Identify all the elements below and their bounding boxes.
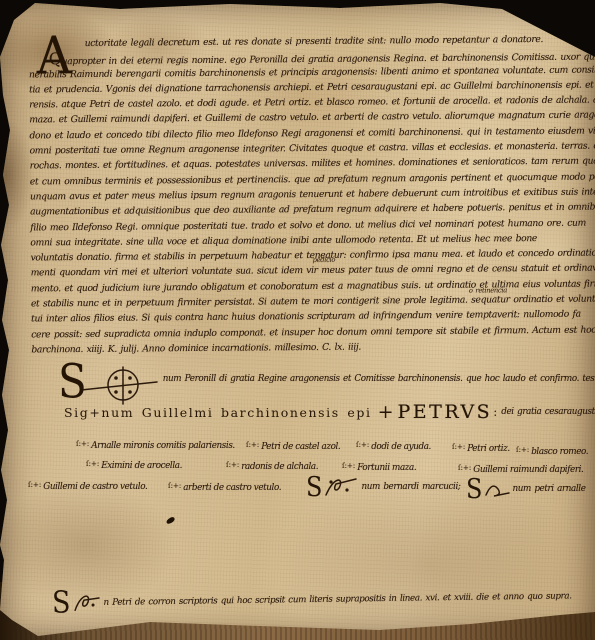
notary-signum-icon [72,591,100,615]
sig-cross-mark: ſ:+: [226,461,239,469]
witness-signum: ſ:+:Petri ortiz. [452,443,510,454]
sig-cross-mark: ſ:+: [76,440,89,448]
charter-body-text: A uctoritate legali decretum est. ut res… [29,32,589,358]
signum-initial-s: S [306,476,322,498]
witness-signum: ſ:+:Guillemi de castro vetulo. [28,481,147,492]
ink-blot [165,516,175,525]
sig-cross-mark: ſ:+: [516,446,529,454]
witness-name: dodi de ayuda. [371,442,431,452]
sig-cross-mark: ſ:+: [458,464,471,472]
witness-signum: ſ:+:blasco romeo. [516,446,588,457]
witness-signum: ſ:+:radonis de alchala. [226,461,318,472]
manuscript-photo: A uctoritate legali decretum est. ut res… [0,0,595,640]
drop-cap-initial: A [37,28,84,89]
witness-name: blasco romeo. [531,447,588,457]
witness-name: Arnalle mironis comitis palariensis. [91,441,235,451]
witness-name: Petri ortiz. [467,444,510,454]
signature-bishops: Sig+num Guillelmi barchinonensis epi + P… [64,400,595,424]
witness-signum: ſ:+:Arnalle mironis comitis palariensis. [76,440,235,451]
witness-signum: ſ:+:arberti de castro vetulo. [168,482,281,493]
witness-name: Guillemi raimundi dapiferi. [473,465,583,475]
witness-signum: ſ:+:Fortunii maza. [342,462,416,473]
witness-name: Fortunii maza. [357,463,416,473]
parchment: A uctoritate legali decretum est. ut res… [0,0,595,640]
marcucii-signum-icon [324,474,358,500]
signature-petri-arnalle: S num petri arnalle [466,479,586,499]
cross-icon: + [378,404,394,420]
arnalle-signum-icon [484,479,510,499]
witness-signum: ſ:+:dodi de ayuda. [356,441,431,452]
sig-cross-mark: ſ:+: [86,460,99,468]
bishop-barcelona-signum-text: Sig+num Guillelmi barchinonensis epi [64,405,372,420]
monogram-colon: : [493,405,497,419]
notary-signum-text: n Petri de corron scriptoris qui hoc scr… [103,591,571,608]
bishop-zaragoza-signum-text: dei gratia cesaraugustanus eps. [501,407,595,417]
witness-name: Petri de castel azol. [261,442,340,452]
petronilla-signum-text: num Peronill di gratia Regine aragonensi… [163,374,595,384]
interlinear-addition-line16: pedicio [313,256,336,264]
sig-cross-mark: ſ:+: [28,481,41,489]
sig-cross-mark: ſ:+: [168,482,181,490]
sig-cross-mark: ſ:+: [452,443,465,451]
witness-name: Guillemi de castro vetulo. [43,482,147,492]
petrus-monogram: PETRVS [398,401,493,423]
signum-initial-s: S [58,362,87,402]
arnalle-signum-text: num petri arnalle [512,484,585,494]
signature-notary: S n Petri de corron scriptoris qui hoc s… [52,584,572,615]
signature-bernardi-marcucii: S num bernardi marcucii; [306,474,460,500]
witness-name: Eximini de arocella. [101,461,182,471]
signum-initial-s: S [466,478,482,500]
marcucii-signum-text: num bernardi marcucii; [361,482,460,492]
sig-cross-mark: ſ:+: [356,441,369,449]
witness-signum: ſ:+:Eximini de arocella. [86,460,182,471]
witness-signum: ſ:+:Petri de castel azol. [246,441,340,452]
sig-cross-mark: ſ:+: [342,462,355,470]
sig-cross-mark: ſ:+: [246,441,259,449]
interlinear-addition-line18: o retinencia [469,286,507,294]
signum-initial-s: S [52,591,71,616]
witness-name: arberti de castro vetulo. [183,483,281,493]
